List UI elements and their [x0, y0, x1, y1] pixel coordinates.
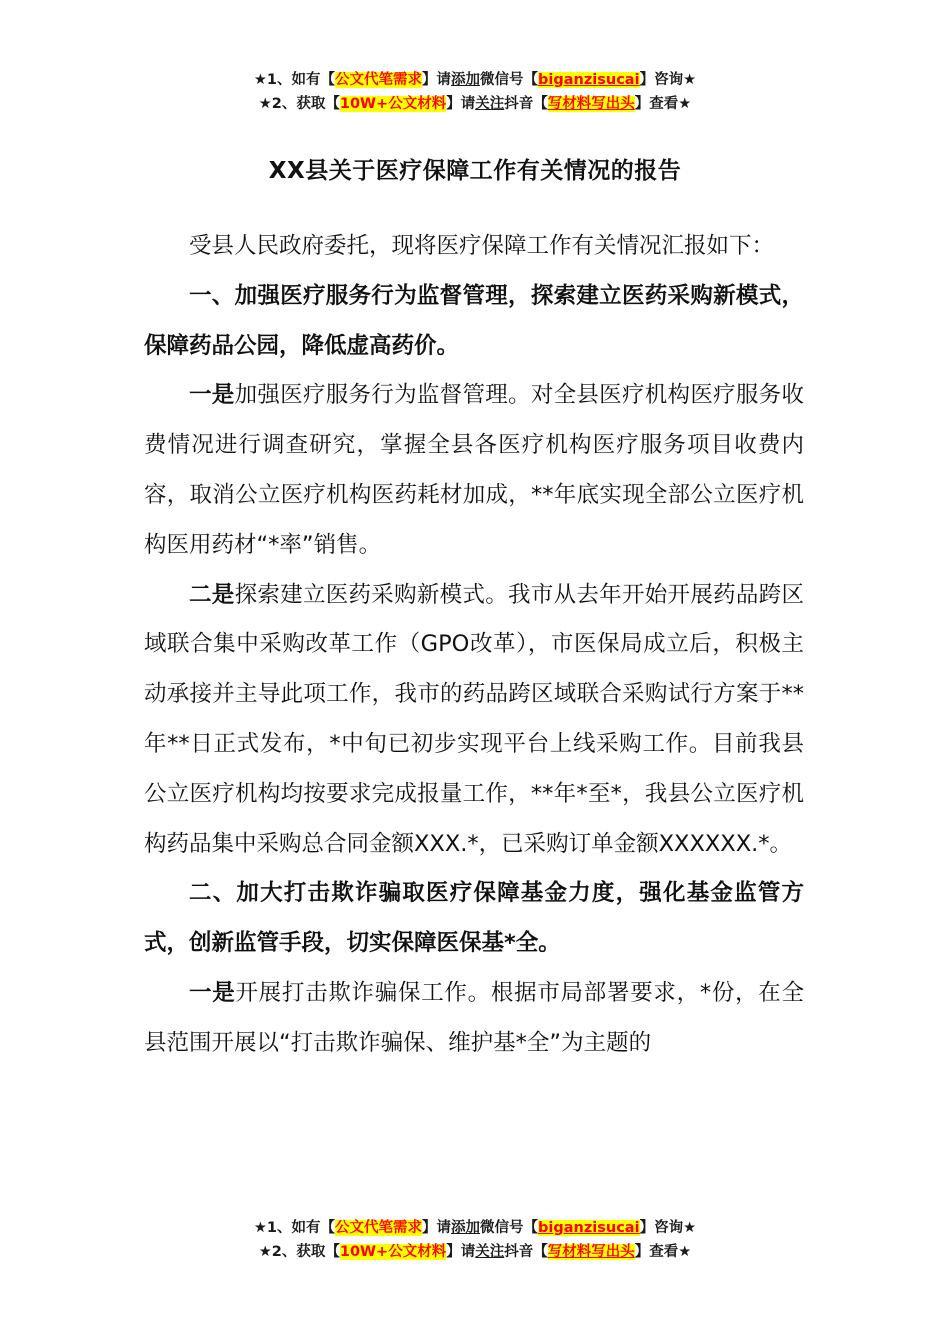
lead-marker: 二是	[189, 582, 235, 608]
wechat-id: biganzisucai	[538, 1220, 640, 1236]
document-title: XX县关于医疗保障工作有关情况的报告	[0, 153, 950, 189]
lead-marker: 一是	[189, 382, 235, 408]
star-icon: ★	[683, 72, 696, 88]
highlight-materials: 10W+公文材料	[340, 1244, 446, 1260]
document-body: 受县人民政府委托，现将医疗保障工作有关情况汇报如下： 一、加强医疗服务行为监督管…	[144, 222, 804, 1069]
star-icon: ★	[254, 72, 267, 88]
promo-line-2: ★2、获取【10W+公文材料】请关注抖音【写材料写出头】查看★	[0, 92, 950, 116]
promo-banner-bottom: ★1、如有【公文代笔需求】请添加微信号【biganzisucai】咨询★ ★2、…	[0, 1216, 950, 1264]
section-heading-1: 一、加强医疗服务行为监督管理，探索建立医药采购新模式，保障药品公园，降低虚高药价…	[144, 272, 804, 372]
highlight-service: 公文代笔需求	[335, 1220, 422, 1236]
body-paragraph: 一是加强医疗服务行为监督管理。对全县医疗机构医疗服务收费情况进行调查研究，掌握全…	[144, 371, 804, 570]
underlined-add: 添加	[451, 1220, 480, 1236]
intro-paragraph: 受县人民政府委托，现将医疗保障工作有关情况汇报如下：	[144, 222, 804, 272]
underlined-add: 添加	[451, 72, 480, 88]
promo-line-1: ★1、如有【公文代笔需求】请添加微信号【biganzisucai】咨询★	[0, 68, 950, 92]
promo-line-1: ★1、如有【公文代笔需求】请添加微信号【biganzisucai】咨询★	[0, 1216, 950, 1240]
star-icon: ★	[254, 1220, 267, 1236]
lead-marker: 一是	[189, 980, 235, 1006]
highlight-materials: 10W+公文材料	[340, 96, 446, 112]
underlined-follow: 关注	[475, 96, 504, 112]
body-paragraph: 一是开展打击欺诈骗保工作。根据市局部署要求，*份，在全县范围开展以“打击欺诈骗保…	[144, 969, 804, 1069]
star-icon: ★	[678, 1244, 691, 1260]
underlined-follow: 关注	[475, 1244, 504, 1260]
wechat-id: biganzisucai	[538, 72, 640, 88]
star-icon: ★	[678, 96, 691, 112]
douyin-account: 写材料写出头	[548, 96, 635, 112]
promo-banner-top: ★1、如有【公文代笔需求】请添加微信号【biganzisucai】咨询★ ★2、…	[0, 68, 950, 116]
body-paragraph: 二是探索建立医药采购新模式。我市从去年开始开展药品跨区域联合集中采购改革工作（G…	[144, 571, 804, 870]
highlight-service: 公文代笔需求	[335, 72, 422, 88]
douyin-account: 写材料写出头	[548, 1244, 635, 1260]
promo-line-2: ★2、获取【10W+公文材料】请关注抖音【写材料写出头】查看★	[0, 1240, 950, 1264]
star-icon: ★	[683, 1220, 696, 1236]
star-icon: ★	[259, 1244, 272, 1260]
star-icon: ★	[259, 96, 272, 112]
section-heading-2: 二、加大打击欺诈骗取医疗保障基金力度，强化基金监管方式，创新监管手段，切实保障医…	[144, 869, 804, 969]
